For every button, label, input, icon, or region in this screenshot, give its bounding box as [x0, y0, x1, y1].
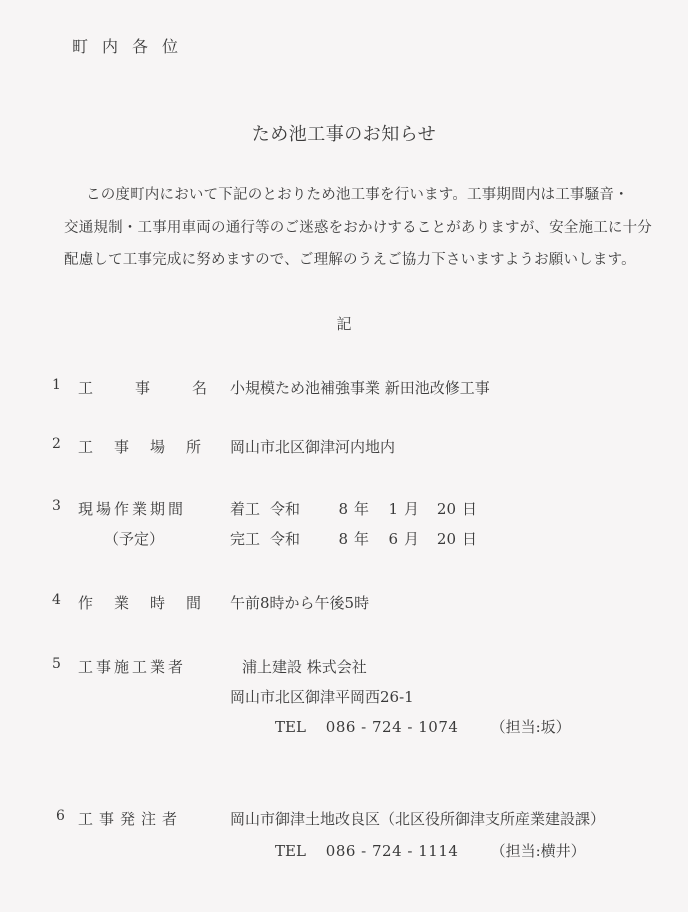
start-day: 20: [434, 500, 462, 518]
body-paragraph-line-2: 交通規制・工事用車両の通行等のご迷惑をおかけすることがありますが、安全施工に十分: [64, 216, 652, 237]
item-label-work-hours: 作 業 時 間: [78, 592, 204, 613]
contractor-address: 岡山市北区御津平岡西26-1: [230, 686, 414, 707]
item-label-orderer: 工事発注者: [78, 808, 183, 829]
contractor-tel-number: 086 - 724 - 1074: [326, 718, 486, 736]
item-number-6: 6: [56, 808, 65, 824]
end-era: 令和: [270, 528, 326, 549]
start-month: 1: [384, 500, 404, 518]
body-paragraph-line-1: この度町内において下記のとおりため池工事を行います。工事期間内は工事騒音・: [86, 183, 629, 204]
start-kind: 着工: [230, 498, 270, 519]
contractor-company: 浦上建設 株式会社: [242, 656, 367, 677]
item-value-work-hours: 午前8時から午後5時: [230, 592, 369, 613]
end-year-unit: 年: [354, 528, 384, 549]
contractor-tel-label: TEL: [275, 718, 321, 736]
item-label-contractor: 工事施工業者: [78, 656, 186, 677]
item-number-3: 3: [52, 498, 61, 514]
end-kind: 完工: [230, 528, 270, 549]
start-month-unit: 月: [404, 498, 434, 519]
document-title: ため池工事のお知らせ: [0, 120, 688, 146]
item-number-1: 1: [52, 377, 61, 393]
item-label-construction-name: 工 事 名: [78, 377, 211, 398]
orderer-tel-label: TEL: [275, 842, 321, 860]
item-number-5: 5: [52, 656, 61, 672]
item-number-4: 4: [52, 592, 61, 608]
end-year: 8: [326, 530, 354, 548]
item-sublabel-planned: （予定）: [104, 528, 164, 549]
item-value-construction-name: 小規模ため池補強事業 新田池改修工事: [230, 377, 490, 398]
item-label-construction-site: 工 事 場 所: [78, 436, 204, 457]
end-day: 20: [434, 530, 462, 548]
start-year-unit: 年: [354, 498, 384, 519]
work-period-start: 着工 令和 8 年 1 月 20 日: [230, 498, 482, 519]
orderer-phone-line: TEL 086 - 724 - 1114 （担当:横井）: [275, 840, 586, 861]
end-day-unit: 日: [462, 528, 482, 549]
contractor-contact-person: （担当:坂）: [491, 716, 571, 737]
end-month: 6: [384, 530, 404, 548]
orderer-contact-person: （担当:横井）: [491, 840, 586, 861]
start-year: 8: [326, 500, 354, 518]
orderer-tel-number: 086 - 724 - 1114: [326, 842, 486, 860]
end-month-unit: 月: [404, 528, 434, 549]
work-period-end: 完工 令和 8 年 6 月 20 日: [230, 528, 482, 549]
addressee: 町内各位: [72, 34, 192, 57]
body-paragraph-line-3: 配慮して工事完成に努めますので、ご理解のうえご協力下さいますようお願いします。: [64, 248, 636, 269]
orderer-name: 岡山市御津土地改良区（北区役所御津支所産業建設課）: [230, 808, 605, 829]
contractor-phone-line: TEL 086 - 724 - 1074 （担当:坂）: [275, 716, 571, 737]
item-number-2: 2: [52, 436, 61, 452]
item-value-construction-site: 岡山市北区御津河内地内: [230, 436, 395, 457]
start-day-unit: 日: [462, 498, 482, 519]
start-era: 令和: [270, 498, 326, 519]
item-label-work-period: 現場作業期間: [78, 498, 186, 519]
ki-heading: 記: [0, 313, 688, 334]
